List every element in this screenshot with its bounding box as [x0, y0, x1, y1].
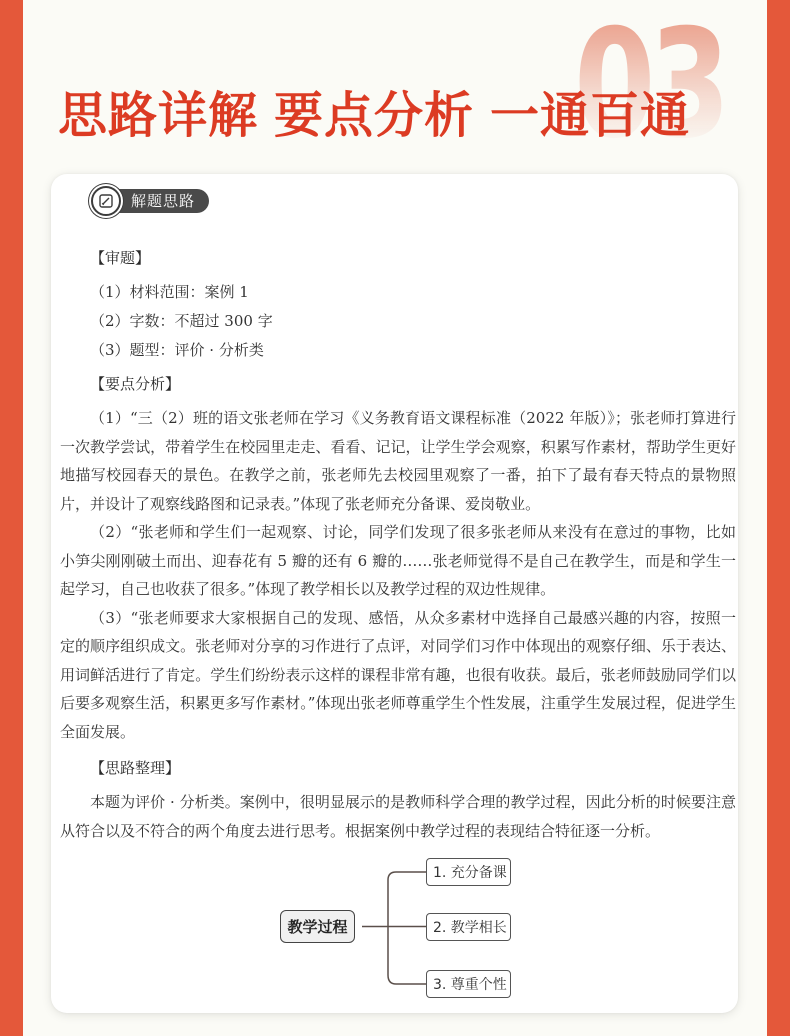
review-item: （1）材料范围：案例 1: [60, 278, 736, 307]
content-card: 解题思路 【审题】 （1）材料范围：案例 1 （2）字数：不超过 300 字 （…: [51, 174, 738, 1013]
key-point-paragraph: （3）“张老师要求大家根据自己的发现、感悟，从众多素材中选择自己最感兴趣的内容，…: [60, 604, 736, 747]
section-badge: 解题思路: [91, 186, 209, 216]
mind-map-root: 教学过程: [280, 910, 355, 943]
review-item: （2）字数：不超过 300 字: [60, 307, 736, 336]
mind-map-child: 1. 充分备课: [426, 858, 511, 886]
badge-label: 解题思路: [107, 189, 209, 213]
title-part-3: 一通百通: [490, 87, 690, 144]
review-heading: 【审题】: [60, 244, 736, 273]
left-accent-bar: [0, 0, 23, 1036]
mind-map-child: 2. 教学相长: [426, 913, 511, 941]
key-points-heading: 【要点分析】: [60, 370, 736, 399]
edit-note-icon: [91, 186, 121, 216]
page-title: 思路详解要点分析一通百通: [58, 84, 690, 148]
summary-paragraph: 本题为评价 · 分析类。案例中，很明显展示的是教师科学合理的教学过程，因此分析的…: [60, 788, 736, 845]
right-accent-bar: [767, 0, 790, 1036]
key-point-paragraph: （1）“三（2）班的语文张老师在学习《义务教育语文课程标准（2022 年版）》；…: [60, 404, 736, 518]
key-point-paragraph: （2）“张老师和学生们一起观察、讨论，同学们发现了很多张老师从来没有在意过的事物…: [60, 518, 736, 604]
summary-heading: 【思路整理】: [60, 754, 736, 783]
review-item: （3）题型：评价 · 分析类: [60, 336, 736, 365]
title-part-1: 思路详解: [58, 87, 258, 144]
mind-map-child: 3. 尊重个性: [426, 970, 511, 998]
title-part-2: 要点分析: [274, 87, 474, 144]
card-content: 【审题】 （1）材料范围：案例 1 （2）字数：不超过 300 字 （3）题型：…: [60, 244, 736, 845]
